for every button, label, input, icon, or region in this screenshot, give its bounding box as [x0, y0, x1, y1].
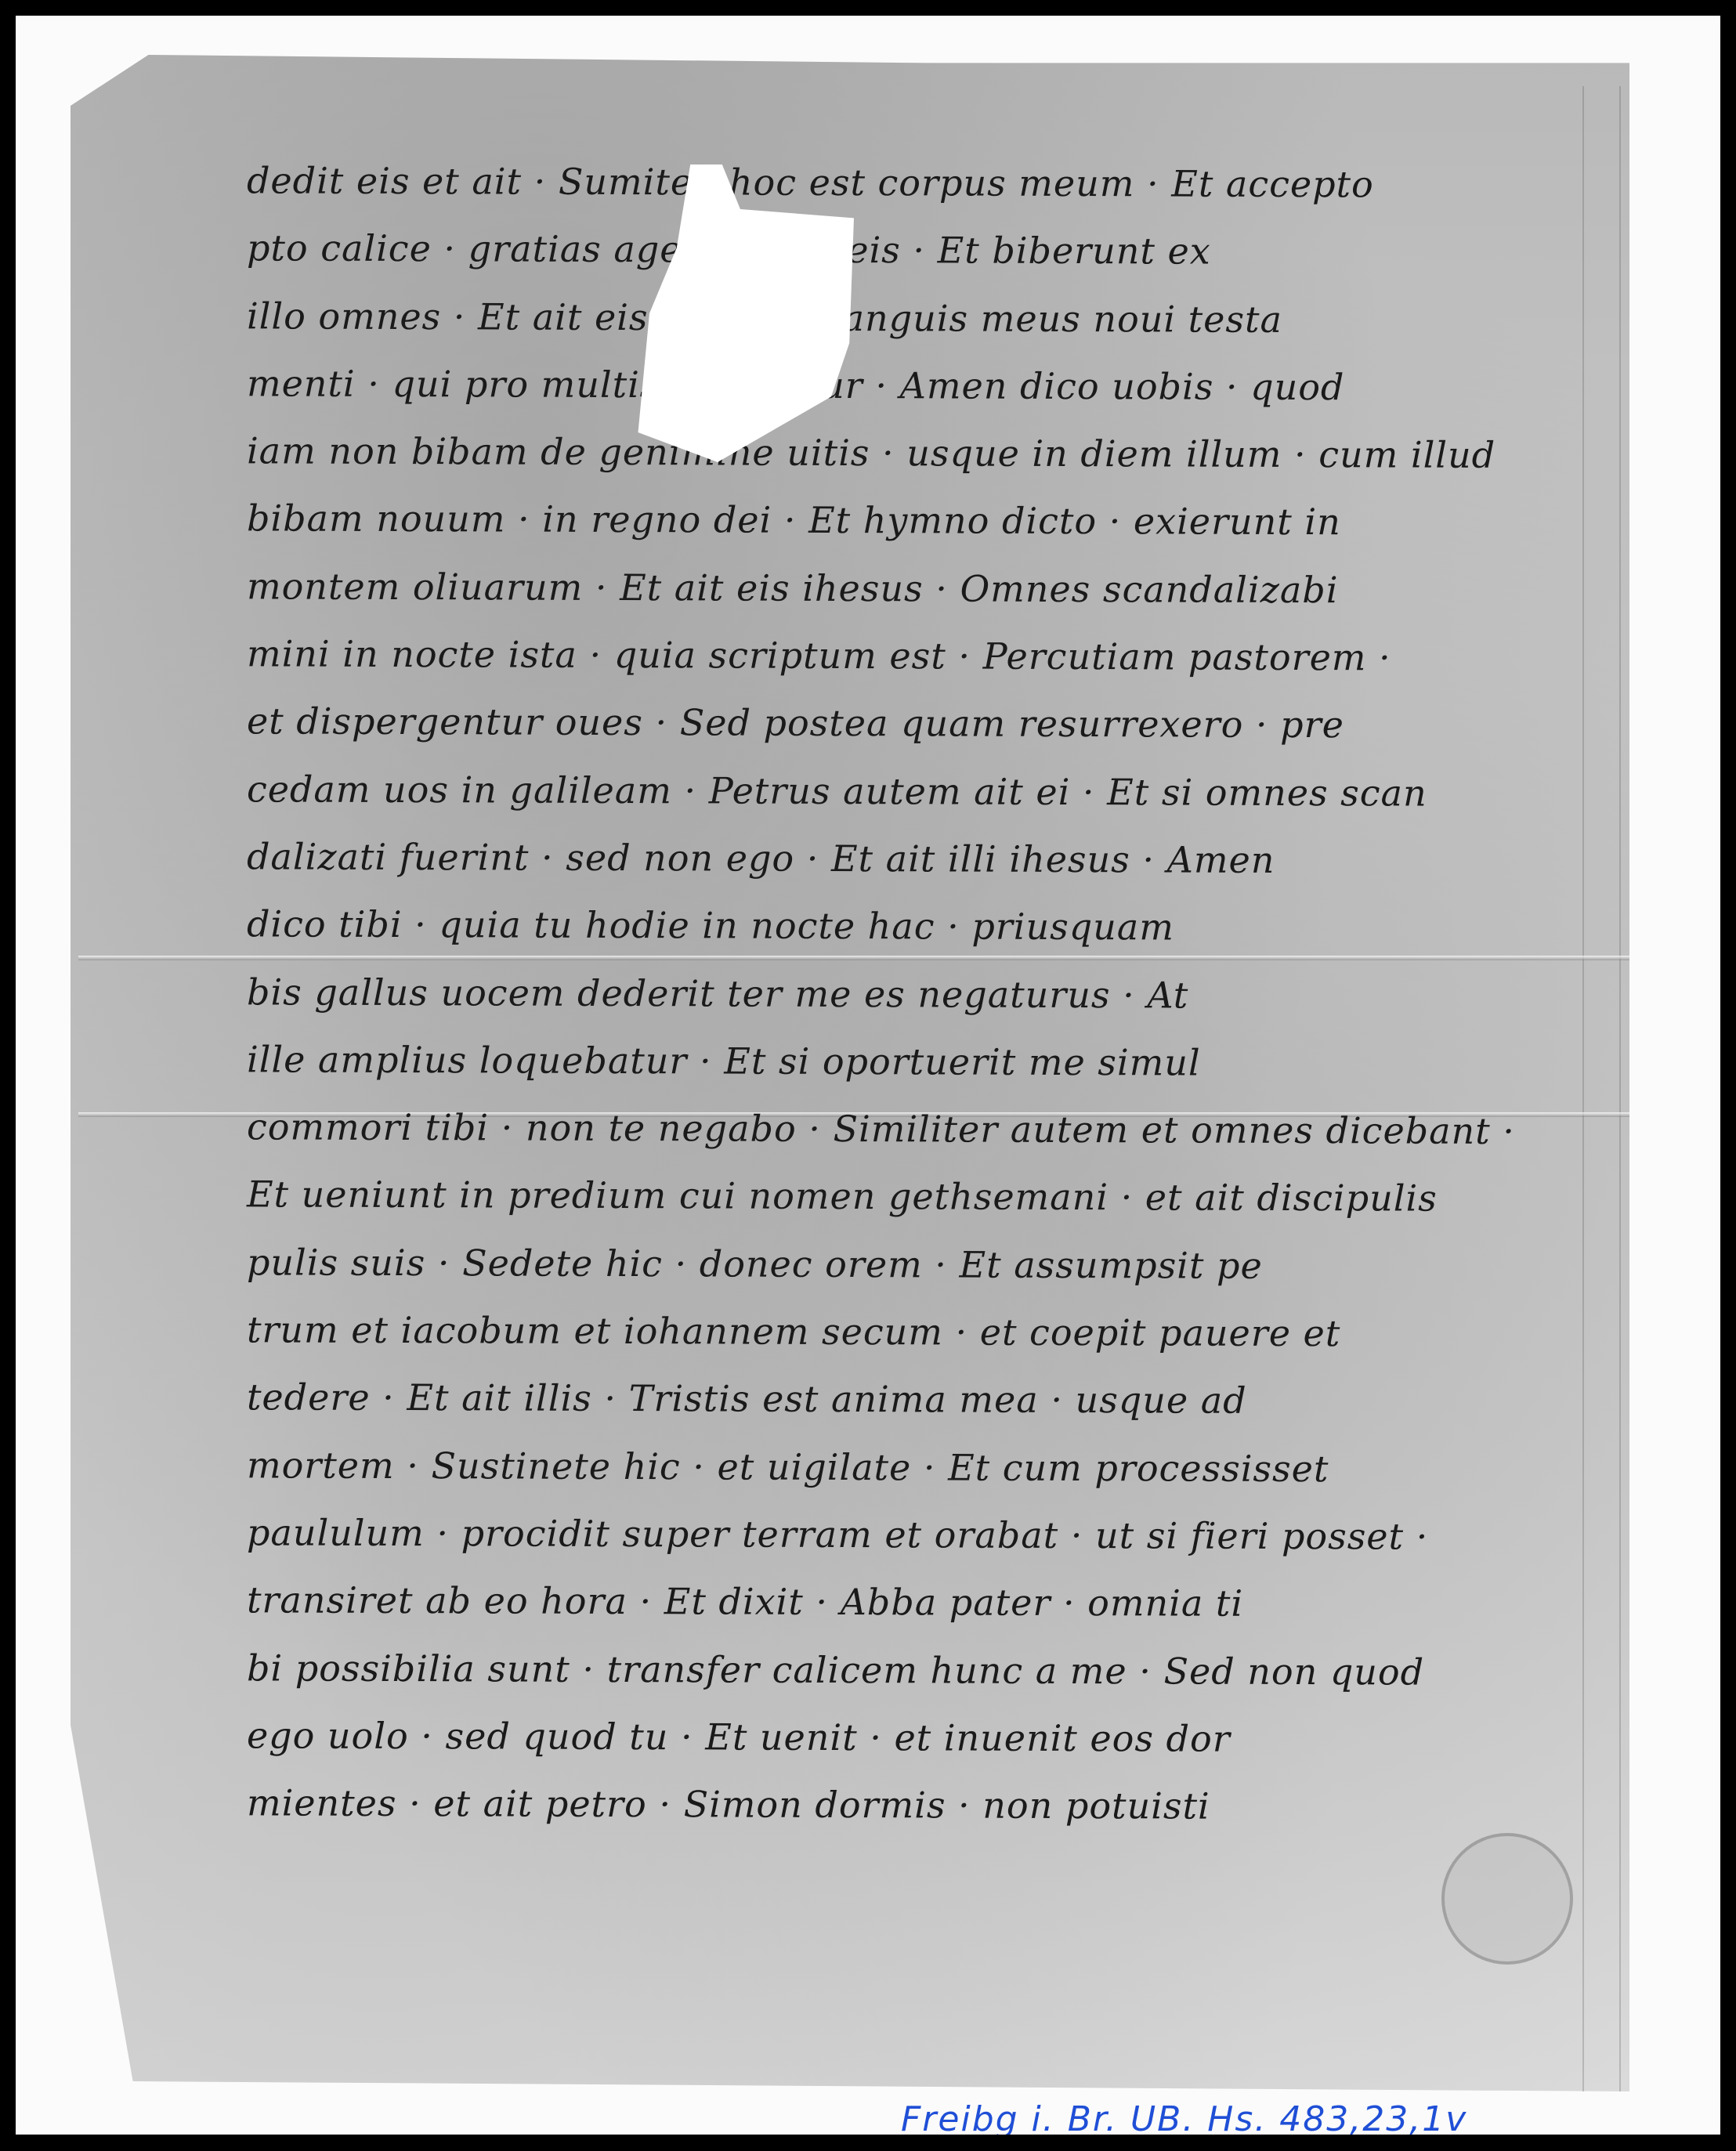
manuscript-text: dedit eis et ait · Sumite · hoc est corp…	[247, 149, 1438, 1838]
text-line: cedam uos in galileam · Petrus autem ait…	[247, 755, 1438, 827]
text-line: dico tibi · quia tu hodie in nocte hac ·…	[247, 891, 1438, 963]
text-line: tedere · Et ait illis · Tristis est anim…	[247, 1364, 1438, 1436]
text-line: ille amplius loquebatur · Et si oportuer…	[247, 1025, 1438, 1097]
text-line: pulis suis · Sedete hic · donec orem · E…	[247, 1228, 1438, 1300]
text-line: mortem · Sustinete hic · et uigilate · E…	[247, 1431, 1438, 1503]
text-line: paululum · procidit super terram et orab…	[247, 1498, 1438, 1571]
text-line: bi possibilia sunt · transfer calicem hu…	[247, 1634, 1438, 1706]
text-line: ego uolo · sed quod tu · Et uenit · et i…	[247, 1701, 1438, 1773]
text-line: bibam nouum · in regno dei · Et hymno di…	[247, 485, 1438, 557]
text-line: iam non bibam de genimine uitis · usque …	[247, 418, 1438, 490]
text-line: Et ueniunt in predium cui nomen gethsema…	[247, 1161, 1438, 1233]
library-stamp	[1441, 1833, 1573, 1965]
text-line: trum et iacobum et iohannem secum · et c…	[247, 1296, 1438, 1368]
text-line: commori tibi · non te negabo · Similiter…	[247, 1094, 1438, 1166]
photo-frame: dedit eis et ait · Sumite · hoc est corp…	[16, 16, 1720, 2135]
text-line: dalizati fuerint · sed non ego · Et ait …	[247, 822, 1438, 895]
text-line: bis gallus uocem dederit ter me es negat…	[247, 958, 1438, 1030]
text-line: et dispergentur oues · Sed postea quam r…	[247, 688, 1438, 760]
shelfmark-annotation: Freibg i. Br. UB. Hs. 483,23,1v	[901, 2099, 1467, 2135]
text-line: dedit eis et ait · Sumite · hoc est corp…	[247, 146, 1438, 219]
binding-edge	[1582, 86, 1621, 2091]
text-line: transiret ab eo hora · Et dixit · Abba p…	[247, 1567, 1438, 1639]
text-line: mientes · et ait petro · Simon dormis · …	[247, 1769, 1438, 1841]
text-line: mini in nocte ista · quia scriptum est ·…	[247, 620, 1438, 692]
text-line: montem oliuarum · Et ait eis ihesus · Om…	[247, 552, 1438, 624]
